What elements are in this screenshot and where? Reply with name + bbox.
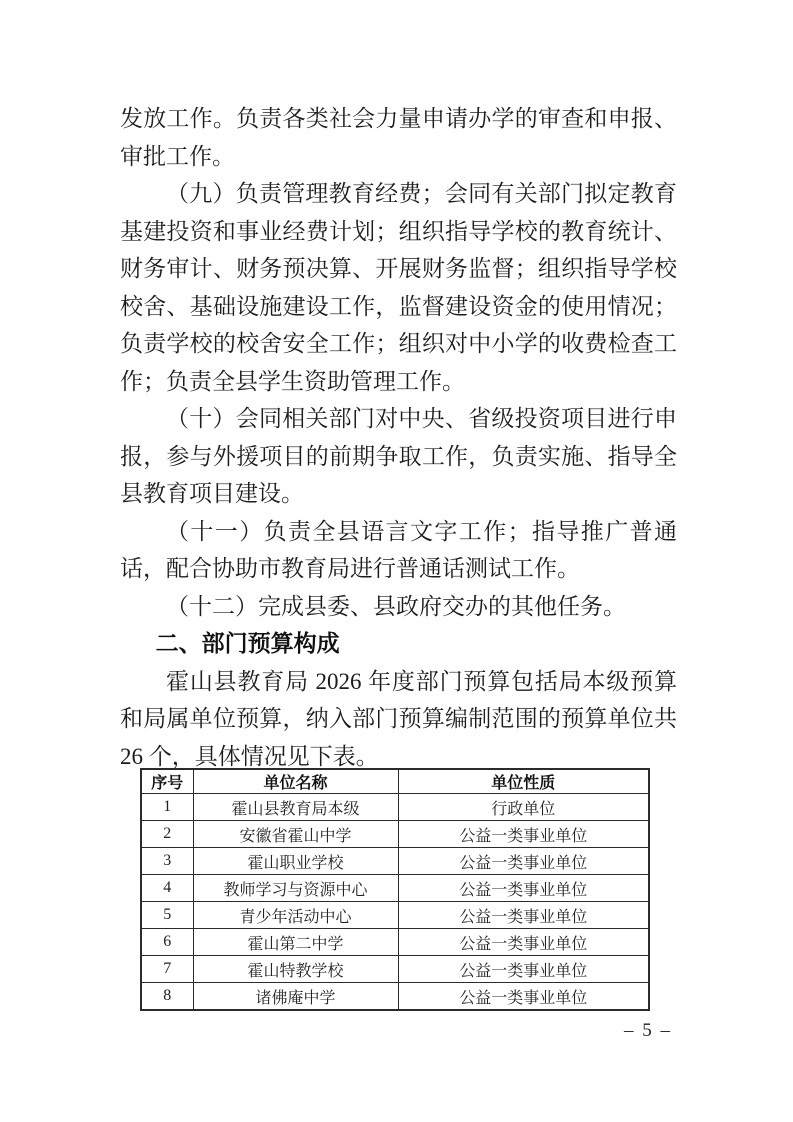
cell-no: 2: [141, 821, 193, 848]
cell-name: 诸佛庵中学: [193, 983, 398, 1011]
cell-type: 公益一类事业单位: [398, 848, 649, 875]
table-row: 2 安徽省霍山中学 公益一类事业单位: [141, 821, 649, 848]
header-cell-no: 序号: [141, 769, 193, 794]
table-header-row: 序号 单位名称 单位性质: [141, 769, 649, 794]
table-row: 1 霍山县教育局本级 行政单位: [141, 794, 649, 821]
table-row: 6 霍山第二中学 公益一类事业单位: [141, 929, 649, 956]
cell-type: 公益一类事业单位: [398, 983, 649, 1011]
cell-name: 霍山第二中学: [193, 929, 398, 956]
table-row: 4 教师学习与资源中心 公益一类事业单位: [141, 875, 649, 902]
paragraph-item-9: （九）负责管理教育经费；会同有关部门拟定教育基建投资和事业经费计划；组织指导学校…: [120, 175, 677, 400]
cell-no: 6: [141, 929, 193, 956]
budget-units-table: 序号 单位名称 单位性质 1 霍山县教育局本级 行政单位 2 安徽省霍山中学 公…: [140, 768, 650, 1011]
cell-name: 霍山县教育局本级: [193, 794, 398, 821]
cell-type: 公益一类事业单位: [398, 929, 649, 956]
body-text: 发放工作。负责各类社会力量申请办学的审查和申报、审批工作。 （九）负责管理教育经…: [120, 100, 677, 775]
page-number: – 5 –: [624, 1020, 672, 1042]
paragraph-item-11: （十一）负责全县语言文字工作；指导推广普通话，配合协助市教育局进行普通话测试工作…: [120, 513, 677, 588]
cell-no: 1: [141, 794, 193, 821]
cell-type: 公益一类事业单位: [398, 821, 649, 848]
cell-type: 公益一类事业单位: [398, 902, 649, 929]
paragraph-item-10: （十）会同相关部门对中央、省级投资项目进行申报，参与外援项目的前期争取工作，负责…: [120, 400, 677, 513]
table-row: 8 诸佛庵中学 公益一类事业单位: [141, 983, 649, 1011]
table-row: 7 霍山特教学校 公益一类事业单位: [141, 956, 649, 983]
cell-name: 教师学习与资源中心: [193, 875, 398, 902]
cell-type: 公益一类事业单位: [398, 956, 649, 983]
table-row: 5 青少年活动中心 公益一类事业单位: [141, 902, 649, 929]
cell-no: 7: [141, 956, 193, 983]
cell-no: 5: [141, 902, 193, 929]
cell-name: 安徽省霍山中学: [193, 821, 398, 848]
cell-no: 8: [141, 983, 193, 1011]
header-cell-name: 单位名称: [193, 769, 398, 794]
cell-name: 霍山职业学校: [193, 848, 398, 875]
cell-type: 公益一类事业单位: [398, 875, 649, 902]
paragraph-budget-intro: 霍山县教育局 2026 年度部门预算包括局本级预算和局属单位预算，纳入部门预算编…: [120, 663, 677, 776]
paragraph-continuation: 发放工作。负责各类社会力量申请办学的审查和申报、审批工作。: [120, 100, 677, 175]
document-page: 发放工作。负责各类社会力量申请办学的审查和申报、审批工作。 （九）负责管理教育经…: [0, 0, 793, 1122]
cell-type: 行政单位: [398, 794, 649, 821]
paragraph-item-12: （十二）完成县委、县政府交办的其他任务。: [120, 588, 677, 626]
cell-no: 3: [141, 848, 193, 875]
header-cell-type: 单位性质: [398, 769, 649, 794]
section-heading: 二、部门预算构成: [120, 625, 677, 663]
table-row: 3 霍山职业学校 公益一类事业单位: [141, 848, 649, 875]
cell-no: 4: [141, 875, 193, 902]
cell-name: 霍山特教学校: [193, 956, 398, 983]
cell-name: 青少年活动中心: [193, 902, 398, 929]
